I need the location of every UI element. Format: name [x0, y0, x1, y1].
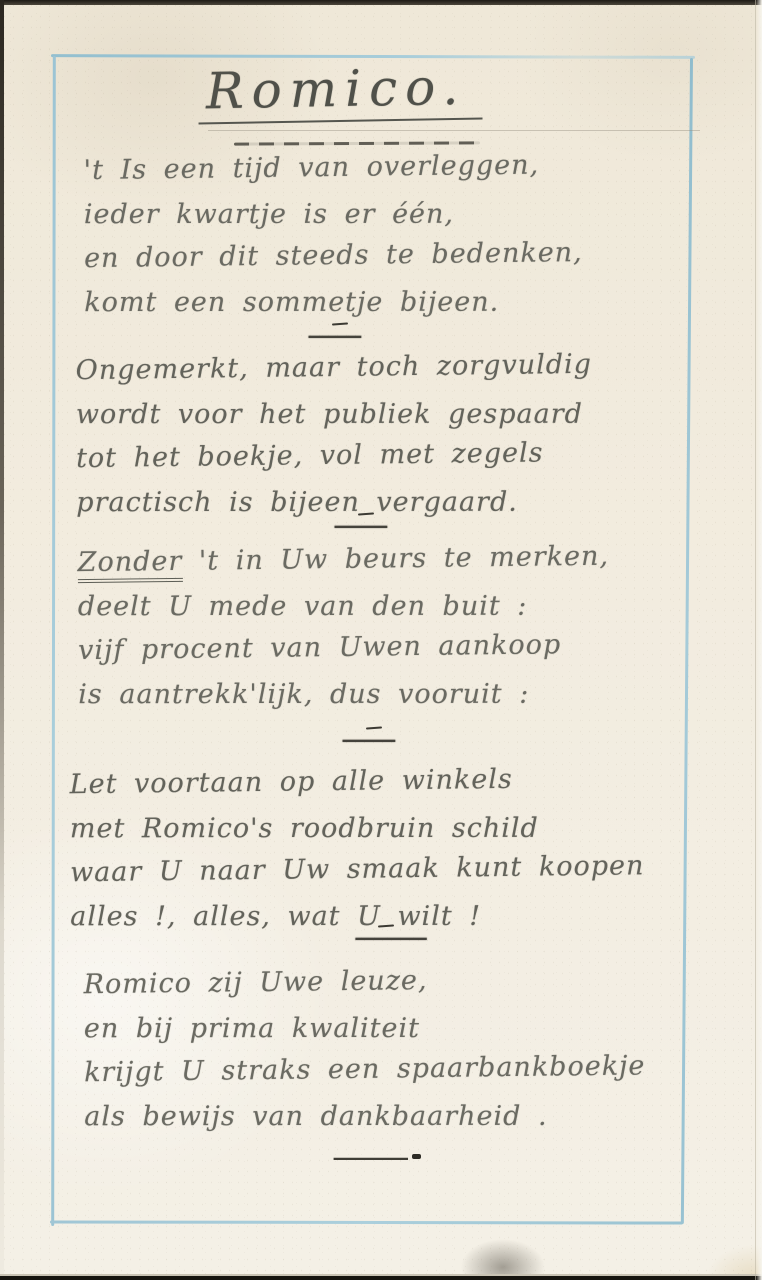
title-rule-line — [208, 130, 700, 131]
poem-title: Romico. — [197, 58, 482, 125]
scan-edge-left — [0, 0, 4, 1280]
poem-line: wordt voor het publiek gespaard — [76, 393, 592, 437]
poem-title-block: Romico. — [198, 60, 482, 122]
stanza-separator-mark: — — [340, 734, 374, 754]
poem-line: waar U naar Uw smaak kunt koopen — [70, 844, 645, 895]
poem-stanza-1: 't Is een tijd van overleggen, ieder kwa… — [84, 147, 583, 325]
poem-end-mark: — — [330, 1152, 364, 1168]
scanned-page: Romico. 't Is een tijd van overleggen, i… — [0, 0, 762, 1280]
poem-line: en door dit steeds te bedenken, — [84, 231, 583, 281]
poem-line-rest: 't in Uw beurs te merken, — [182, 541, 609, 577]
poem-stanza-2: Ongemerkt, maar toch zorgvuldig wordt vo… — [76, 347, 593, 525]
poem-line: Ongemerkt, maar toch zorgvuldig — [75, 343, 592, 393]
scan-edge-top — [0, 0, 762, 5]
stanza-separator-mark: — — [352, 932, 386, 952]
underlined-word: Zonder — [78, 546, 183, 583]
scan-edge-bottom — [0, 1276, 762, 1280]
poem-line: Zonder 't in Uw beurs te merken, — [77, 535, 609, 585]
poem-stanza-5: Romico zij Uwe leuze, en bij prima kwali… — [84, 961, 646, 1139]
poem-line: als bewijs van dankbaarheid . — [84, 1095, 645, 1139]
poem-line: Let voortaan op alle winkels — [69, 756, 644, 807]
poem-line: is aantrekk'lijk, dus vooruit : — [78, 673, 609, 717]
poem-line: vijf procent van Uwen aankoop — [78, 623, 610, 673]
poem-line: deelt U mede van den buit : — [78, 585, 609, 629]
poem-line: 't Is een tijd van overleggen, — [83, 143, 582, 193]
poem-line: ieder kwartje is er één, — [84, 193, 583, 237]
poem-line: Romico zij Uwe leuze, — [83, 956, 645, 1007]
poem-line: krijgt U straks een spaarbankboekje — [84, 1044, 646, 1095]
poem-line: tot het boekje, vol met zegels — [76, 431, 593, 481]
poem-stanza-4: Let voortaan op alle winkels met Romico'… — [70, 761, 645, 940]
poem-stanza-3: Zonder 't in Uw beurs te merken, deelt U… — [78, 539, 610, 717]
scan-edge-right — [756, 0, 762, 1280]
